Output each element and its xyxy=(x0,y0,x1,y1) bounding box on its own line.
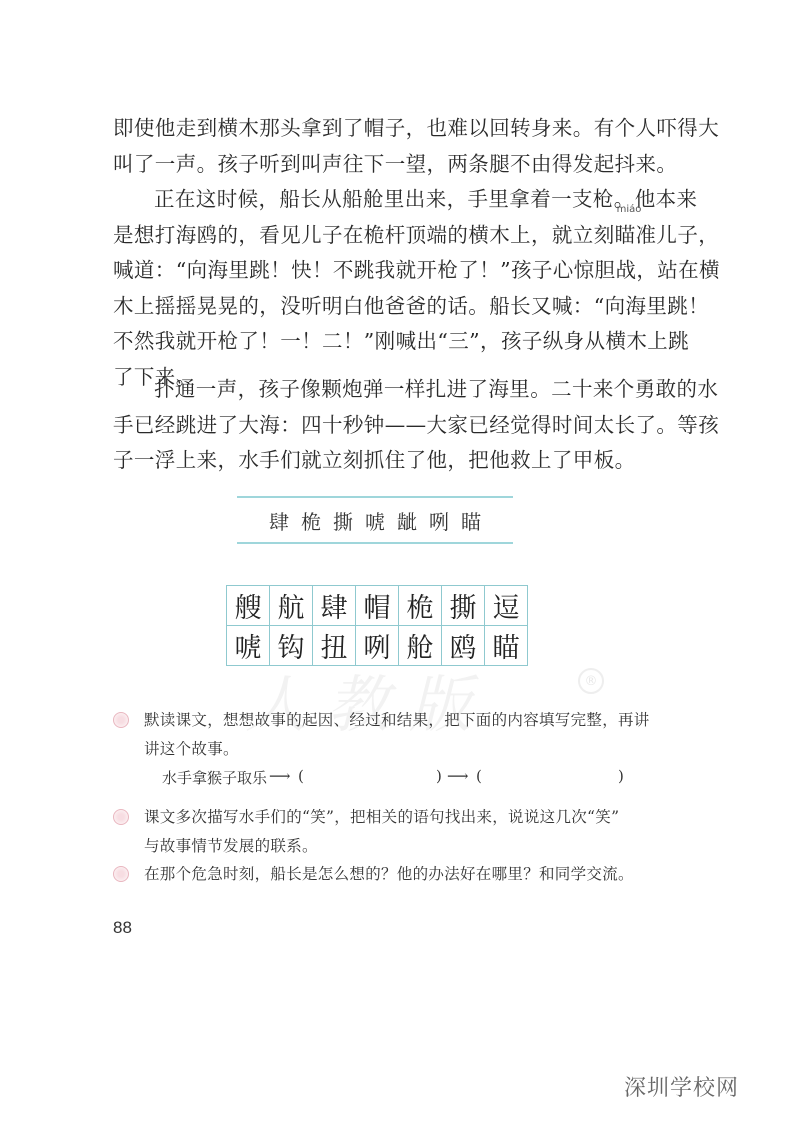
blank-close-paren: ) xyxy=(436,767,442,785)
grid-cell: 扭 xyxy=(313,626,356,666)
word-char: 桅 xyxy=(301,506,321,535)
grid-cell: 帽 xyxy=(356,586,399,626)
writing-char-grid: 艘 航 肆 帽 桅 撕 逗 唬 钩 扭 咧 舱 鸥 瞄 xyxy=(226,585,528,666)
text-line: 子一浮上来，水手们就立刻抓住了他，把他救上了甲板。 xyxy=(113,443,683,479)
ruby-base: 瞄 xyxy=(615,223,636,247)
word-char: 龇 xyxy=(397,506,417,535)
pinyin-annotation: miáo xyxy=(617,205,642,215)
circle-bullet-icon xyxy=(113,809,129,825)
text-line: 即使他走到横木那头拿到了帽子，也难以回转身来。有个人吓得大 xyxy=(113,111,683,147)
text-segment: 是想打海鸥的，看见儿子在桅杆顶端的横木上，就立刻 xyxy=(113,223,615,247)
registered-mark-icon: ® xyxy=(578,668,604,694)
grid-cell: 逗 xyxy=(485,586,528,626)
grid-cell: 鸥 xyxy=(442,626,485,666)
text-line: 正在这时候，船长从船舱里出来，手里拿着一支枪。他本来 xyxy=(113,182,683,218)
word-char: 唬 xyxy=(365,506,385,535)
circle-bullet-icon xyxy=(113,866,129,882)
blank-close-paren: ) xyxy=(618,767,624,785)
page-number: 88 xyxy=(113,918,132,938)
text-line: 喊道：“向海里跳！快！不跳我就开枪了！”孩子心惊胆战，站在横 xyxy=(113,253,683,289)
grid-cell: 撕 xyxy=(442,586,485,626)
text-line: 不然我就开枪了！一！二！”刚喊出“三”，孩子纵身从横木上跳 xyxy=(113,324,683,360)
text-line: 木上摇摇晃晃的，没听明白他爸爸的话。船长又喊：“向海里跳！ xyxy=(113,289,683,325)
grid-cell: 咧 xyxy=(356,626,399,666)
question-line: 课文多次描写水手们的“笑”，把相关的语句找出来，说说这几次“笑” xyxy=(144,803,653,832)
text-line: 叫了一声。孩子听到叫声往下一望，两条腿不由得发起抖来。 xyxy=(113,147,683,183)
question-3: 在那个危急时刻，船长是怎么想的？他的办法好在哪里？和同学交流。 xyxy=(113,860,653,889)
text-line: 手已经跳进了大海：四十秒钟——大家已经觉得时间太长了。等孩 xyxy=(113,408,683,444)
site-watermark: 深圳学校网 xyxy=(624,1071,739,1102)
ruby-char: miáo瞄 xyxy=(615,218,636,254)
question-line: 默读课文，想想故事的起因、经过和结果，把下面的内容填写完整，再讲 xyxy=(144,706,653,735)
grid-cell: 舱 xyxy=(399,626,442,666)
question-1: 默读课文，想想故事的起因、经过和结果，把下面的内容填写完整，再讲 讲这个故事。 xyxy=(113,706,653,764)
word-char: 瞄 xyxy=(461,506,481,535)
arrow-right-icon: ⟶ xyxy=(447,767,469,785)
grid-cell: 桅 xyxy=(399,586,442,626)
blank-open-paren[interactable]: ( xyxy=(476,767,482,785)
text-segment: 准儿子， xyxy=(636,223,720,247)
word-char: 咧 xyxy=(429,506,449,535)
paragraph-1: 即使他走到横木那头拿到了帽子，也难以回转身来。有个人吓得大 叫了一声。孩子听到叫… xyxy=(113,111,683,182)
question-line: 与故事情节发展的联系。 xyxy=(144,832,653,861)
blank-open-paren[interactable]: ( xyxy=(298,767,304,785)
paragraph-3: 扑通一声，孩子像颗炮弹一样扎进了海里。二十来个勇敢的水 手已经跳进了大海：四十秒… xyxy=(113,372,683,479)
recognize-words-box: 肆 桅 撕 唬 龇 咧 瞄 xyxy=(237,496,513,544)
grid-cell: 钩 xyxy=(270,626,313,666)
arrow-right-icon: ⟶ xyxy=(269,767,291,785)
text-line-with-ruby: 是想打海鸥的，看见儿子在桅杆顶端的横木上，就立刻miáo瞄准儿子， xyxy=(113,218,683,254)
circle-bullet-icon xyxy=(113,712,129,728)
word-char: 撕 xyxy=(333,506,353,535)
question-line: 讲这个故事。 xyxy=(144,735,653,764)
grid-cell: 航 xyxy=(270,586,313,626)
flow-start: 水手拿猴子取乐 xyxy=(162,767,267,788)
word-char: 肆 xyxy=(269,506,289,535)
grid-cell: 艘 xyxy=(227,586,270,626)
grid-cell: 肆 xyxy=(313,586,356,626)
text-line: 扑通一声，孩子像颗炮弹一样扎进了海里。二十来个勇敢的水 xyxy=(113,372,683,408)
paragraph-2: 正在这时候，船长从船舱里出来，手里拿着一支枪。他本来 是想打海鸥的，看见儿子在桅… xyxy=(113,182,683,395)
grid-cell: 瞄 xyxy=(485,626,528,666)
question-line: 在那个危急时刻，船长是怎么想的？他的办法好在哪里？和同学交流。 xyxy=(144,860,653,889)
question-2: 课文多次描写水手们的“笑”，把相关的语句找出来，说说这几次“笑” 与故事情节发展… xyxy=(113,803,653,861)
grid-cell: 唬 xyxy=(227,626,270,666)
